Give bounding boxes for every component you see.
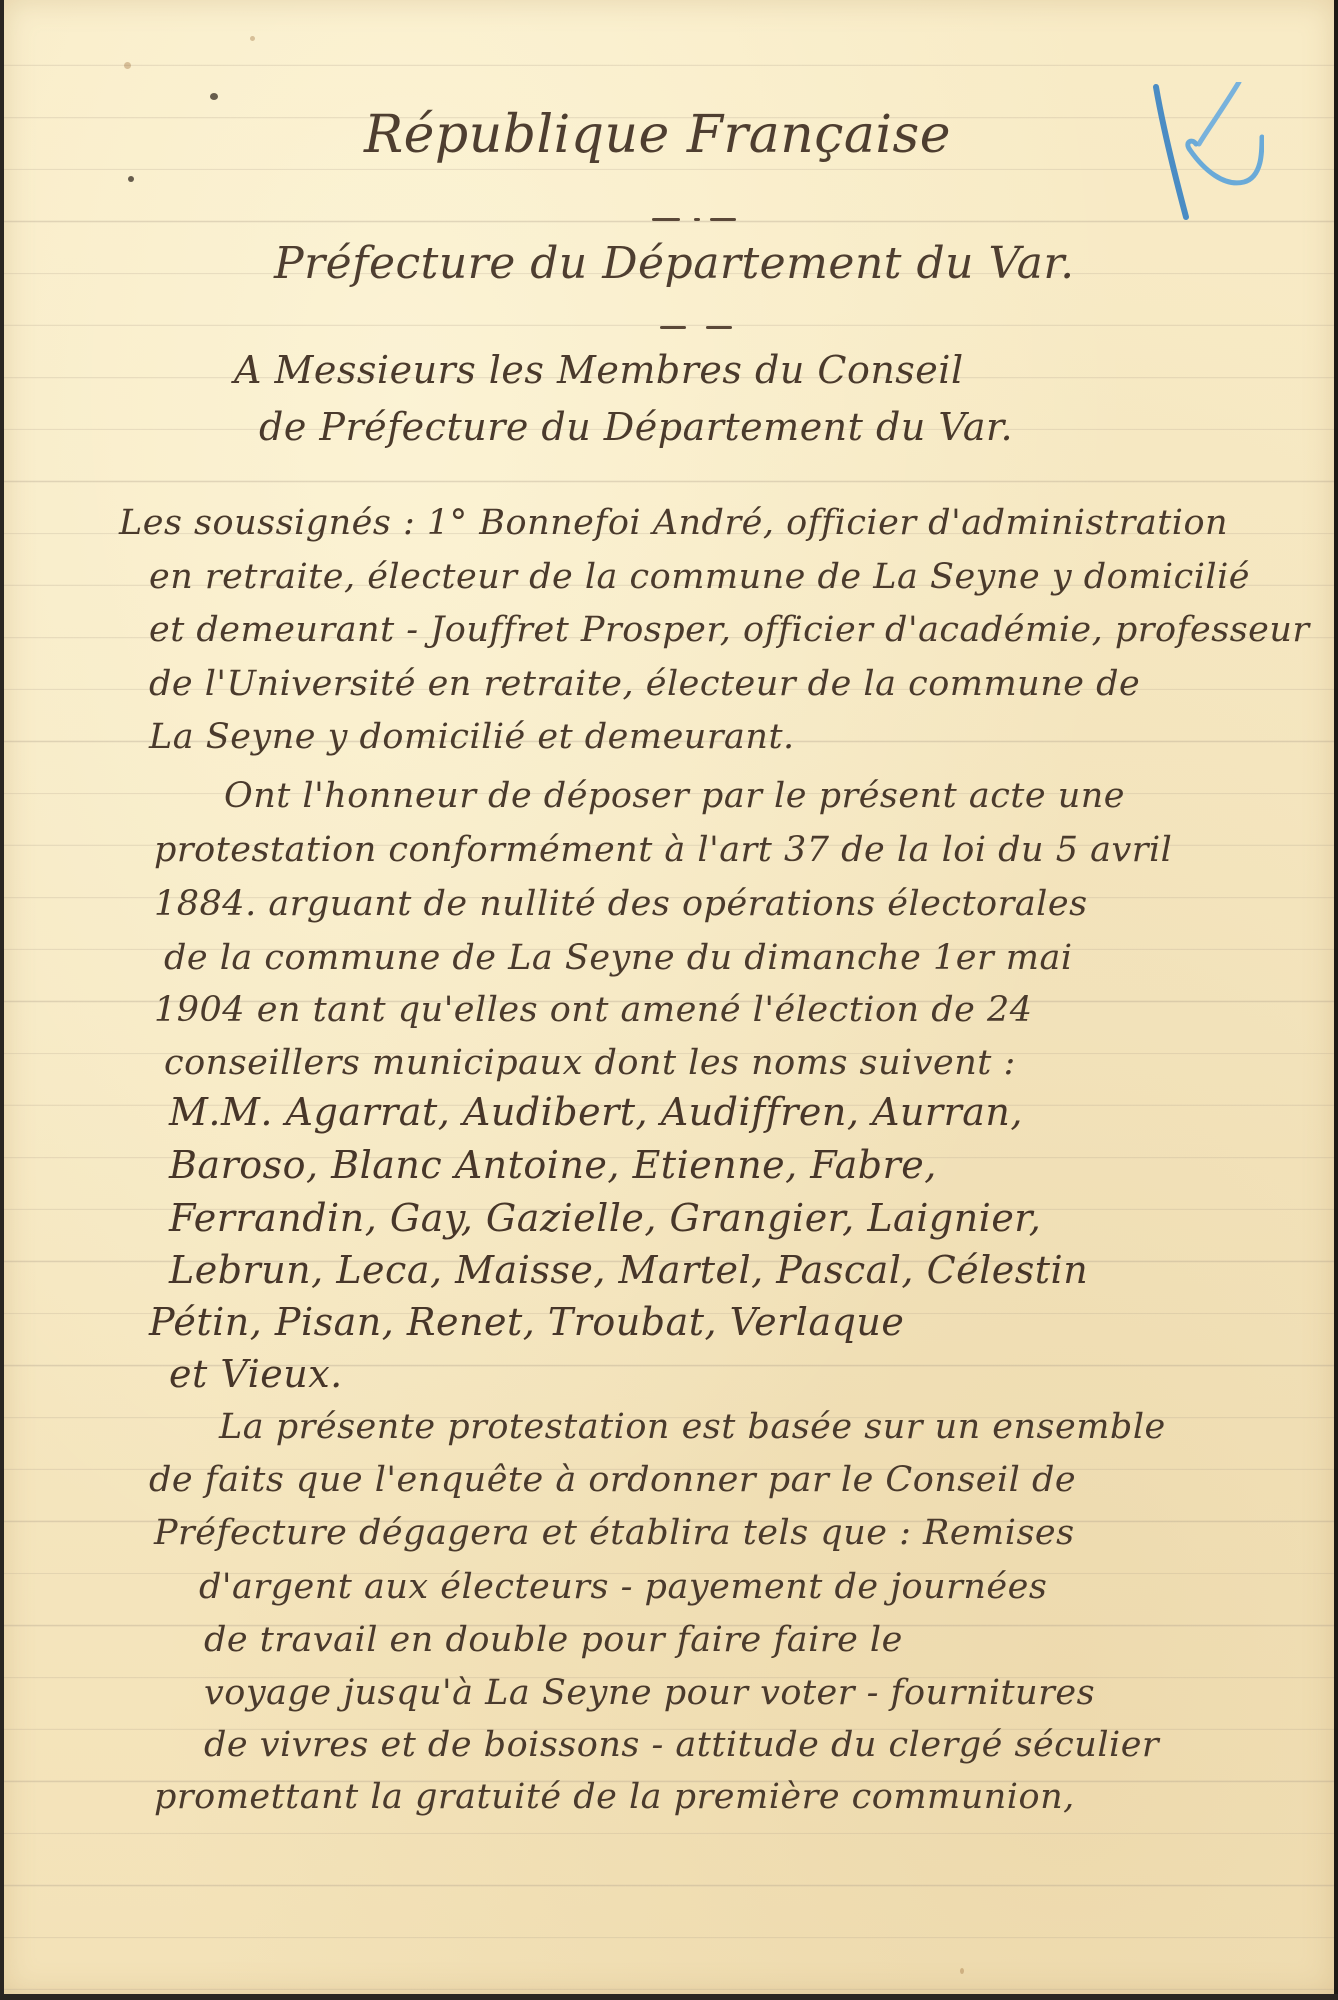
address-line-2: de Préfecture du Département du Var. [259, 405, 1013, 449]
blue-pencil-k-mark-icon [1144, 82, 1264, 232]
body-line: Ont l'honneur de déposer par le présent … [224, 776, 1125, 816]
body-line: 1904 en tant qu'elles ont amené l'électi… [154, 990, 1032, 1030]
councillor-names-line: Ferrandin, Gay, Gazielle, Grangier, Laig… [169, 1196, 1041, 1240]
address-line-1: A Messieurs les Membres du Conseil [234, 348, 964, 392]
body-line: Préfecture dégagera et établira tels que… [154, 1513, 1075, 1553]
councillor-names-line: M.M. Agarrat, Audibert, Audiffren, Aurra… [169, 1090, 1023, 1134]
body-line: de faits que l'enquête à ordonner par le… [149, 1460, 1076, 1500]
body-line: voyage jusqu'à La Seyne pour voter - fou… [204, 1673, 1095, 1713]
foxing-spot [124, 62, 131, 69]
foxing-spot [960, 1968, 964, 1974]
councillor-names-line: Baroso, Blanc Antoine, Etienne, Fabre, [169, 1143, 937, 1187]
body-line: 1884. arguant de nullité des opérations … [154, 884, 1088, 924]
body-line: Les soussignés : 1° Bonnefoi André, offi… [119, 503, 1228, 543]
body-line: protestation conformément à l'art 37 de … [154, 830, 1172, 870]
document-subtitle: Préfecture du Département du Var. [274, 238, 1075, 289]
body-line: de l'Université en retraite, électeur de… [149, 664, 1140, 704]
body-line: La présente protestation est basée sur u… [219, 1407, 1166, 1447]
body-line: en retraite, électeur de la commune de L… [149, 557, 1250, 597]
foxing-spot [210, 93, 218, 100]
body-line: d'argent aux électeurs - payement de jou… [199, 1567, 1047, 1607]
body-line: conseillers municipaux dont les noms sui… [164, 1043, 1016, 1083]
foxing-spot [128, 176, 134, 182]
header-separator [710, 218, 736, 221]
header-separator [706, 326, 732, 329]
councillor-names-line: et Vieux. [169, 1352, 343, 1396]
councillor-names-line: Pétin, Pisan, Renet, Troubat, Verlaque [149, 1300, 904, 1344]
document-title: République Française [364, 105, 951, 165]
body-line: de travail en double pour faire faire le [204, 1620, 903, 1660]
body-line: de vivres et de boissons - attitude du c… [204, 1725, 1159, 1765]
councillor-names-line: Lebrun, Leca, Maisse, Martel, Pascal, Cé… [169, 1248, 1088, 1292]
header-separator [694, 218, 700, 221]
body-line: La Seyne y domicilié et demeurant. [149, 717, 795, 757]
header-separator [652, 218, 680, 221]
header-separator [660, 326, 686, 329]
body-line: promettant la gratuité de la première co… [154, 1777, 1075, 1817]
foxing-spot [250, 36, 255, 41]
body-line: de la commune de La Seyne du dimanche 1e… [164, 938, 1073, 978]
manuscript-page: République Française Préfecture du Dépar… [4, 0, 1338, 1994]
body-line: et demeurant - Jouffret Prosper, officie… [149, 610, 1310, 650]
